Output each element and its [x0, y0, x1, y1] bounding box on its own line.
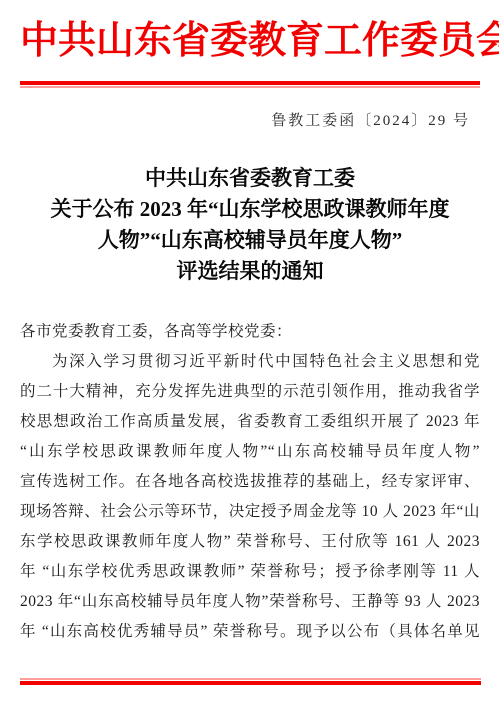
body-text-line: 年 “山东学校优秀思政课教师” 荣誉称号；授予徐孝刚等 11 人 [20, 557, 480, 587]
body-text-line: 校思想政治工作高质量发展，省委教育工委组织开展了 2023 年 [20, 407, 480, 437]
body-text-line: 为深入学习贯彻习近平新时代中国特色社会主义思想和党 [20, 347, 480, 377]
body-text-line: 东学校思政课教师年度人物” 荣誉称号、王付欣等 161 人 2023 [20, 527, 480, 557]
notice-title-line: 关于公布 2023 年“山东学校思政课教师年度 [20, 194, 480, 225]
notice-title: 中共山东省委教育工委 关于公布 2023 年“山东学校思政课教师年度 人物”“山… [20, 163, 480, 287]
salutation-line: 各市党委教育工委，各高等学校党委： [20, 317, 480, 347]
header-red-rule [20, 81, 480, 88]
body-text-line: 的二十大精神，充分发挥先进典型的示范引领作用，推动我省学 [20, 377, 480, 407]
document-reference-number: 鲁教工委函〔2024〕29 号 [20, 112, 480, 130]
body-text-line: 2023 年“山东高校辅导员年度人物”荣誉称号、王静等 93 人 2023 [20, 587, 480, 617]
body-text-line: 宣传选树工作。在各地各高校选拔推荐的基础上，经专家评审、 [20, 467, 480, 497]
notice-title-line: 中共山东省委教育工委 [20, 163, 480, 194]
official-document-page: 中共山东省委教育工作委员会 鲁教工委函〔2024〕29 号 中共山东省委教育工委… [0, 0, 499, 704]
footer-red-rule [20, 678, 481, 685]
issuing-org-title: 中共山东省委教育工作委员会 [20, 16, 480, 66]
notice-body: 各市党委教育工委，各高等学校党委： 为深入学习贯彻习近平新时代中国特色社会主义思… [20, 317, 480, 647]
body-text-line: 年 “山东高校优秀辅导员” 荣誉称号。现予以公布（具体名单见 [20, 617, 480, 647]
notice-title-line: 评选结果的通知 [20, 256, 480, 287]
document-content: 中共山东省委教育工作委员会 鲁教工委函〔2024〕29 号 中共山东省委教育工委… [0, 16, 499, 647]
footer-rule-thick-line [20, 681, 481, 685]
body-text-line: “山东学校思政课教师年度人物”“山东高校辅导员年度人物” [20, 437, 480, 467]
body-text-line: 现场答辩、社会公示等环节，决定授予周金龙等 10 人 2023 年“山 [20, 497, 480, 527]
notice-title-line: 人物”“山东高校辅导员年度人物” [20, 225, 480, 256]
header-rule-thin-line [20, 86, 480, 88]
